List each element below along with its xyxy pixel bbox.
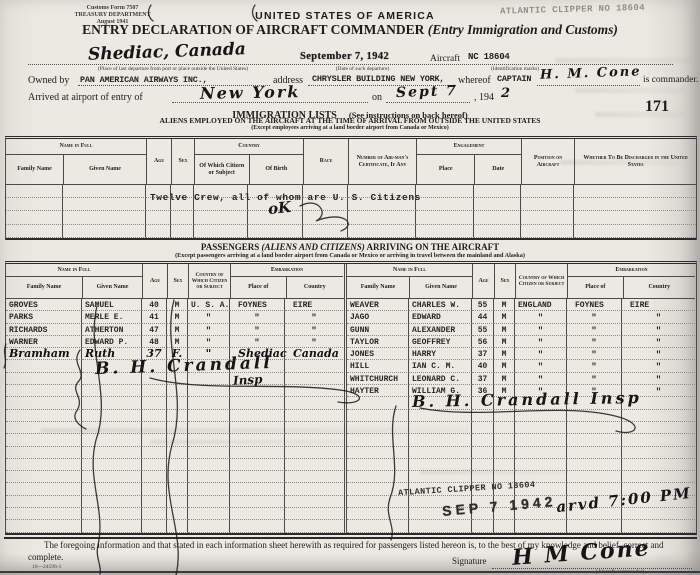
crew-header-name-in-full: Name in Full xyxy=(6,139,146,155)
cell-family xyxy=(6,508,82,520)
cell-age: 37 xyxy=(472,348,494,360)
cell-place xyxy=(230,496,285,508)
passengers-note: (Except passengers arriving at a land bo… xyxy=(0,252,700,259)
passenger-row-left xyxy=(6,496,344,508)
cell-birth xyxy=(248,225,303,238)
year-printed-label: , 194 xyxy=(474,92,494,103)
cell-country xyxy=(188,459,230,471)
pleft-header-embark-group: Embarkation Place of Country xyxy=(230,264,343,298)
cell-given xyxy=(63,211,146,224)
cell-country xyxy=(515,520,567,532)
cell-age: 55 xyxy=(472,299,494,311)
cell-sex xyxy=(494,520,515,532)
cell-position xyxy=(521,211,574,224)
crew-header-place: Place xyxy=(417,155,474,184)
cell-discharge xyxy=(574,211,696,224)
cell-family xyxy=(6,211,63,224)
cell-place xyxy=(230,520,285,532)
cell-given: LEONARD C. xyxy=(409,373,472,385)
passenger-row-right: HILLIAN C. M.40M""" xyxy=(347,360,695,372)
signature-label: Signature xyxy=(452,556,487,566)
passenger-table-left-half: Name in Full Family Name Given Name Age … xyxy=(6,264,344,533)
cell-sex xyxy=(167,447,188,459)
cell-age: 41 xyxy=(142,311,167,323)
cell-family xyxy=(6,385,82,397)
cell-sex xyxy=(167,483,188,495)
cell-place xyxy=(230,508,285,520)
cell-country2 xyxy=(285,360,343,372)
bleed-through-smudge xyxy=(150,440,350,444)
passenger-row-left: RICHARDSATHERTON47M""" xyxy=(6,324,344,336)
crew-header-race: Race xyxy=(303,139,348,184)
cell-country2 xyxy=(622,471,695,483)
cell-given: SAMUEL xyxy=(82,299,142,311)
form-title-line: ENTRY DECLARATION OF AIRCRAFT COMMANDER … xyxy=(0,22,700,38)
cell-place: " xyxy=(567,311,622,323)
crew-header-engagement-group: Engagement Place Date xyxy=(416,139,521,184)
cell-country2 xyxy=(622,459,695,471)
passengers-heading: PASSENGERS (ALIENS AND CITIZENS) ARRIVIN… xyxy=(0,242,700,252)
cell-country2 xyxy=(285,373,343,385)
cell-country2: " xyxy=(622,311,695,323)
pleft-header-given: Given Name xyxy=(82,277,142,298)
pright-header-family: Family Name xyxy=(347,277,409,298)
cell-given: GEOFFREY xyxy=(409,336,472,348)
cell-given xyxy=(82,471,142,483)
cell-age: 40 xyxy=(472,360,494,372)
cell-place xyxy=(567,434,622,446)
cell-family xyxy=(6,483,82,495)
cell-country2 xyxy=(285,496,343,508)
aliens-employed-note: (Except employees arriving at a land bor… xyxy=(0,125,700,131)
cell-place xyxy=(416,211,474,224)
cell-given: HARRY xyxy=(409,348,472,360)
page-bottom-rule xyxy=(0,571,700,573)
cell-place xyxy=(567,422,622,434)
cell-country2: " xyxy=(622,360,695,372)
address-typed: CHRYSLER BUILDING NEW YORK, xyxy=(312,74,444,84)
cell-position xyxy=(521,198,574,211)
cell-given xyxy=(82,385,142,397)
cell-age: 56 xyxy=(472,336,494,348)
cell-country xyxy=(188,496,230,508)
crew-header-citizen: Of Which Citizen or Subject xyxy=(195,155,249,184)
cell-sex xyxy=(167,508,188,520)
arrived-at-label: Arrived at airport of entry of xyxy=(28,92,143,103)
crew-header-sex: Sex xyxy=(171,139,194,184)
crew-header-country: Country xyxy=(195,139,303,155)
cell-country2: " xyxy=(622,336,695,348)
cell-date xyxy=(474,225,521,238)
cell-family xyxy=(347,447,409,459)
cell-country xyxy=(188,410,230,422)
cell-country2 xyxy=(285,397,343,409)
pright-header-name-in-full: Name in Full xyxy=(347,264,472,277)
cell-family xyxy=(347,410,409,422)
pright-header-sex: Sex xyxy=(494,264,515,298)
pleft-header-place-of: Place of xyxy=(231,277,286,298)
crew-header-date: Date xyxy=(474,155,521,184)
passenger-row-right xyxy=(347,434,695,446)
pright-header-name-group: Name in Full Family Name Given Name xyxy=(347,264,472,298)
pright-header-age: Age xyxy=(472,264,494,298)
cell-place: " xyxy=(567,324,622,336)
cell-given xyxy=(409,447,472,459)
cell-country2 xyxy=(285,410,343,422)
cell-place: FOYNES xyxy=(567,299,622,311)
on-label: on xyxy=(372,92,382,103)
cell-age xyxy=(472,447,494,459)
cell-family: GUNN xyxy=(347,324,409,336)
cell-country2: " xyxy=(622,324,695,336)
cell-country: " xyxy=(515,348,567,360)
captain-typed: CAPTAIN xyxy=(497,74,531,84)
cell-sex xyxy=(167,471,188,483)
cell-sex xyxy=(494,422,515,434)
cell-place: " xyxy=(567,360,622,372)
cell-sex: M xyxy=(494,373,515,385)
cell-sex: M xyxy=(167,299,188,311)
cell-place xyxy=(230,483,285,495)
cell-given: EDWARD xyxy=(409,311,472,323)
cell-age xyxy=(142,483,167,495)
cell-country2: EIRE xyxy=(285,299,343,311)
cell-given xyxy=(82,447,142,459)
passenger-row-left xyxy=(6,410,344,422)
crew-table: Name in Full Family Name Given Name Age … xyxy=(5,136,697,240)
cell-family xyxy=(6,434,82,446)
passenger-row-right xyxy=(347,410,695,422)
cell-country xyxy=(188,385,230,397)
cell-country2 xyxy=(622,434,695,446)
cell-country2 xyxy=(285,520,343,532)
cell-age xyxy=(142,397,167,409)
cell-given xyxy=(82,410,142,422)
cell-age xyxy=(142,508,167,520)
aliens-employed-heading: ALIENS EMPLOYED ON THE AIRCRAFT AT THE T… xyxy=(0,116,700,125)
cell-country: " xyxy=(188,311,230,323)
cell-country2: " xyxy=(285,311,343,323)
cell-family xyxy=(6,397,82,409)
cell-discharge xyxy=(574,198,696,211)
pright-header-embark-group: Embarkation Place of Country xyxy=(567,264,695,298)
cell-given: ATHERTON xyxy=(82,324,142,336)
inspector-title-left: Insp xyxy=(233,372,263,388)
cell-country2 xyxy=(622,520,695,532)
cell-cert xyxy=(348,211,416,224)
cell-place: " xyxy=(230,311,285,323)
passenger-row-left xyxy=(6,447,344,459)
cell-position xyxy=(521,225,574,238)
owned-by-label: Owned by xyxy=(28,75,69,86)
cell-sex xyxy=(167,520,188,532)
cell-sex: M xyxy=(494,360,515,372)
cell-sex: M xyxy=(494,299,515,311)
cell-given xyxy=(63,198,146,211)
pright-header-country: Country of Which Citizen or Subject xyxy=(515,264,567,298)
cell-sex: M xyxy=(167,311,188,323)
passenger-row-left xyxy=(6,520,344,532)
passenger-right-header: Name in Full Family Name Given Name Age … xyxy=(347,264,695,299)
cell-sex: M xyxy=(494,324,515,336)
cell-sex xyxy=(171,211,194,224)
cell-place xyxy=(230,410,285,422)
cell-country2 xyxy=(285,447,343,459)
cell-age: 47 xyxy=(142,324,167,336)
cell-race xyxy=(303,211,348,224)
cell-country2: Canada xyxy=(285,348,343,360)
cell-given xyxy=(82,496,142,508)
passenger-left-header: Name in Full Family Name Given Name Age … xyxy=(6,264,344,299)
pleft-header-embark-country: Country xyxy=(286,277,343,298)
cell-place: " xyxy=(230,324,285,336)
cell-country2 xyxy=(285,483,343,495)
cell-family: HAYTER xyxy=(347,385,409,397)
cell-sex xyxy=(167,397,188,409)
pright-header-given: Given Name xyxy=(409,277,472,298)
cell-age: 40 xyxy=(142,299,167,311)
cell-country: " xyxy=(515,324,567,336)
cell-given xyxy=(409,520,472,532)
cell-race xyxy=(303,225,348,238)
passenger-row-right xyxy=(347,447,695,459)
passengers-heading-pre: PASSENGERS xyxy=(201,242,259,252)
pleft-header-name-in-full: Name in Full xyxy=(6,264,142,277)
passenger-row-left xyxy=(6,471,344,483)
cell-family: JAGO xyxy=(347,311,409,323)
crew-ok-initials-handwritten: oK xyxy=(267,198,292,218)
departure-place-caption: (Place of last departure from port or pl… xyxy=(28,66,318,72)
cell-country2: EIRE xyxy=(622,299,695,311)
cell-family: HILL xyxy=(347,360,409,372)
passenger-row-left xyxy=(6,397,344,409)
pleft-header-country: Country of Which Citizen or Subject xyxy=(188,264,230,298)
cell-family: RICHARDS xyxy=(6,324,82,336)
cell-family xyxy=(6,225,63,238)
cell-family xyxy=(6,459,82,471)
cell-age xyxy=(472,434,494,446)
form-id-department: TREASURY DEPARTMENT xyxy=(55,12,170,19)
cell-given xyxy=(63,185,146,198)
bleed-through-smudge xyxy=(575,88,685,93)
cell-sex xyxy=(167,459,188,471)
cell-sex: M xyxy=(494,311,515,323)
cell-country xyxy=(188,397,230,409)
is-commander-label: is commander. xyxy=(643,75,698,85)
cell-age xyxy=(142,459,167,471)
cell-age xyxy=(142,385,167,397)
passenger-row-right: WEAVERCHARLES W.55MENGLANDFOYNESEIRE xyxy=(347,299,695,311)
cell-place xyxy=(416,225,474,238)
cell-age: 55 xyxy=(472,324,494,336)
cell-sex xyxy=(167,410,188,422)
cell-family xyxy=(6,410,82,422)
passengers-heading-post: ARRIVING ON THE AIRCRAFT xyxy=(366,242,499,252)
cell-sex: M xyxy=(494,336,515,348)
aircraft-label: Aircraft xyxy=(430,54,460,64)
crew-header-age: Age xyxy=(146,139,171,184)
cell-given: MERLE E. xyxy=(82,311,142,323)
cell-given xyxy=(82,459,142,471)
passenger-row-right xyxy=(347,520,695,532)
cell-country xyxy=(515,410,567,422)
cell-place xyxy=(567,520,622,532)
cell-country: " xyxy=(515,311,567,323)
cell-place xyxy=(416,198,474,211)
cell-family xyxy=(6,447,82,459)
pleft-header-family: Family Name xyxy=(6,277,82,298)
cell-family xyxy=(6,360,82,372)
cell-age xyxy=(142,520,167,532)
passenger-row-right: JONESHARRY37M""" xyxy=(347,348,695,360)
form-title: ENTRY DECLARATION OF AIRCRAFT COMMANDER xyxy=(82,22,424,37)
cell-family: PARKS xyxy=(6,311,82,323)
cell-age xyxy=(142,410,167,422)
passenger-row-left: GROVESSAMUEL40MU. S. A.FOYNESEIRE xyxy=(6,299,344,311)
cell-age xyxy=(146,211,171,224)
cell-family xyxy=(347,508,409,520)
cell-place: " xyxy=(567,336,622,348)
cell-country2: " xyxy=(622,373,695,385)
cell-family: WEAVER xyxy=(347,299,409,311)
cell-family xyxy=(347,397,409,409)
cell-family: Bramham xyxy=(6,348,82,360)
crew-header-family-name: Family Name xyxy=(6,155,63,184)
cell-country xyxy=(188,508,230,520)
cell-country2 xyxy=(285,385,343,397)
arrival-date-rule-line xyxy=(386,101,470,103)
cell-country xyxy=(188,520,230,532)
airport-handwritten: New York xyxy=(200,82,301,103)
form-title-paren: (Entry Immigration and Customs) xyxy=(428,22,618,37)
arrival-date-handwritten: Sept 7 xyxy=(396,83,458,101)
cell-sex xyxy=(167,385,188,397)
cell-place xyxy=(230,397,285,409)
cell-given xyxy=(409,410,472,422)
crew-row xyxy=(6,225,696,238)
cell-family xyxy=(6,198,63,211)
pleft-header-embarkation: Embarkation xyxy=(231,264,343,277)
passenger-row-right: GUNNALEXANDER55M""" xyxy=(347,324,695,336)
passenger-row-left: PARKSMERLE E.41M""" xyxy=(6,311,344,323)
cell-given: IAN C. M. xyxy=(409,360,472,372)
bleed-through-smudge xyxy=(560,160,680,165)
cell-discharge xyxy=(574,185,696,198)
cell-discharge xyxy=(574,225,696,238)
cell-country2 xyxy=(622,447,695,459)
cell-country: " xyxy=(515,373,567,385)
pleft-header-age: Age xyxy=(142,264,167,298)
pleft-header-sex: Sex xyxy=(167,264,188,298)
cell-age xyxy=(142,471,167,483)
cell-country: " xyxy=(188,324,230,336)
cell-age xyxy=(142,496,167,508)
cell-family: GROVES xyxy=(6,299,82,311)
pright-header-embarkation: Embarkation xyxy=(568,264,695,277)
cell-place xyxy=(230,447,285,459)
passenger-row-left xyxy=(6,459,344,471)
cell-date xyxy=(474,185,521,198)
passenger-row-left xyxy=(6,483,344,495)
crew-header-given-name: Given Name xyxy=(63,155,146,184)
passenger-row-right: TAYLORGEOFFREY56M""" xyxy=(347,336,695,348)
cell-sex: M xyxy=(494,348,515,360)
form-id-number: Customs Form 7507 xyxy=(55,5,170,12)
scanned-entry-declaration-form: Customs Form 7507 TREASURY DEPARTMENT Au… xyxy=(0,0,700,575)
country-heading: UNITED STATES OF AMERICA xyxy=(170,10,520,22)
year-digit-handwritten: 2 xyxy=(501,86,510,101)
cell-given xyxy=(82,434,142,446)
cell-country: " xyxy=(515,336,567,348)
cell-given: ALEXANDER xyxy=(409,324,472,336)
crew-header-name-group: Name in Full Family Name Given Name xyxy=(6,139,146,184)
passenger-row-right: WHITCHURCHLEONARD C.37M""" xyxy=(347,373,695,385)
cell-position xyxy=(521,185,574,198)
cell-country2: " xyxy=(622,348,695,360)
bleed-through-smudge xyxy=(555,58,690,63)
cell-country2 xyxy=(285,508,343,520)
print-code: 16—24596-1 xyxy=(32,564,61,570)
cell-sex xyxy=(167,496,188,508)
cell-country2 xyxy=(622,422,695,434)
crew-header-engagement: Engagement xyxy=(417,139,521,155)
cell-country2 xyxy=(622,410,695,422)
crew-header-birth: Of Birth xyxy=(249,155,304,184)
cell-age xyxy=(146,225,171,238)
cell-family xyxy=(347,471,409,483)
crew-header-country-group: Country Of Which Citizen or Subject Of B… xyxy=(194,139,303,184)
cell-citizen xyxy=(194,225,248,238)
clipper-stamp-top: ATLANTIC CLIPPER NO 18604 xyxy=(500,1,700,16)
cell-citizen xyxy=(194,211,248,224)
cell-country2 xyxy=(285,471,343,483)
cell-place xyxy=(230,471,285,483)
departure-place-handwritten: Shediac, Canada xyxy=(88,39,246,64)
cell-family xyxy=(6,520,82,532)
cell-age: 44 xyxy=(472,311,494,323)
cell-age xyxy=(472,520,494,532)
cell-family xyxy=(347,520,409,532)
cell-sex xyxy=(494,410,515,422)
cell-family: JONES xyxy=(347,348,409,360)
bleed-through-smudge xyxy=(595,112,685,117)
cell-sex: M xyxy=(167,324,188,336)
crew-header-certificate: Number of Air-man's Certificate, If Any xyxy=(348,139,416,184)
aircraft-registration-typed: NC 18604 xyxy=(468,52,510,62)
cell-place: " xyxy=(567,348,622,360)
bleed-through-smudge xyxy=(40,428,470,433)
cell-place xyxy=(567,471,622,483)
cell-age: 37 xyxy=(472,373,494,385)
cell-place xyxy=(416,185,474,198)
cell-place xyxy=(567,459,622,471)
cell-family xyxy=(6,471,82,483)
cell-sex xyxy=(494,434,515,446)
cell-age xyxy=(142,447,167,459)
cell-family: WHITCHURCH xyxy=(347,373,409,385)
crew-row xyxy=(6,211,696,224)
cell-given xyxy=(63,225,146,238)
cell-age xyxy=(472,422,494,434)
cell-country2: " xyxy=(285,324,343,336)
cell-place xyxy=(567,410,622,422)
cell-country: ENGLAND xyxy=(515,299,567,311)
cell-family xyxy=(6,185,63,198)
cell-given xyxy=(82,397,142,409)
cell-cert xyxy=(348,225,416,238)
cell-place xyxy=(230,459,285,471)
cell-date xyxy=(474,211,521,224)
